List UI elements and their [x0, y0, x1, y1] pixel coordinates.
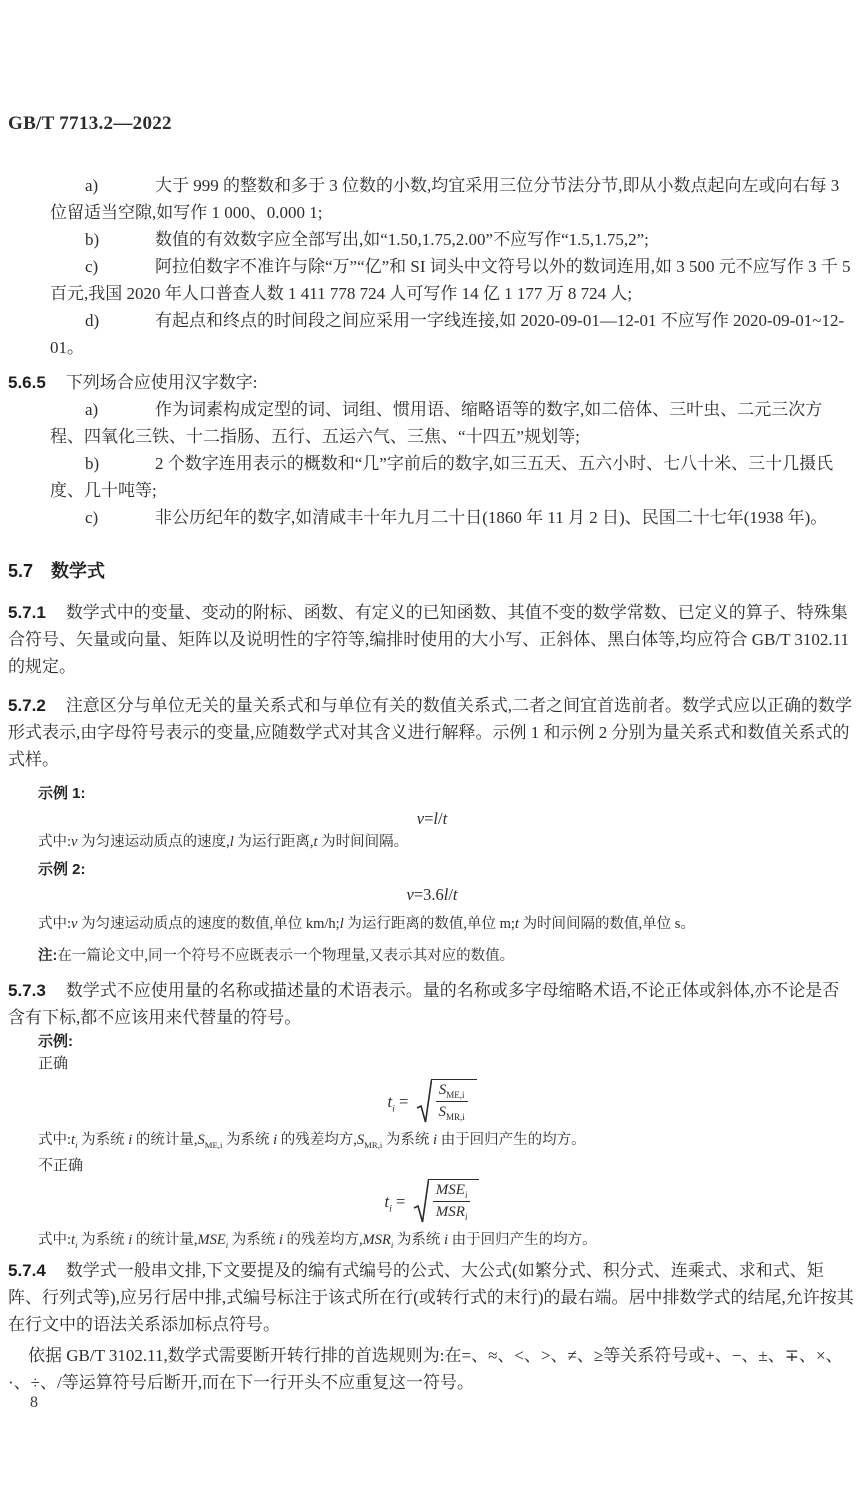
clause-number: 5.7.4: [8, 1261, 46, 1280]
fraction-denominator: SMR,i: [436, 1102, 468, 1121]
fraction-numerator: MSEi: [433, 1182, 471, 1202]
radicand: MSEi MSRi: [428, 1179, 480, 1221]
incorrect-label: 不正确: [38, 1155, 856, 1177]
square-root-expression: MSEi MSRi: [413, 1179, 479, 1225]
list-item-text: 作为词素构成定型的词、词组、惯用语、缩略语等的数字,如二倍体、三叶虫、二元三次方…: [50, 400, 822, 446]
list-item-marker: c): [85, 253, 155, 280]
clause-5-7-2: 5.7.2注意区分与单位无关的量关系式和与单位有关的数值关系式,二者之间宜首选前…: [8, 692, 856, 773]
section-title: 数学式: [51, 561, 105, 581]
example-1-label: 示例 1:: [38, 783, 856, 805]
where-line-example-2: 式中:v 为匀速运动质点的速度的数值,单位 km/h;l 为运行距离的数值,单位…: [38, 913, 856, 935]
fraction-denominator: MSRi: [433, 1202, 471, 1221]
chinese-numeral-rules-list: a)作为词素构成定型的词、词组、惯用语、缩略语等的数字,如二倍体、三叶虫、二元三…: [8, 396, 856, 531]
clause-5-7-4-paragraph-2: 依据 GB/T 3102.11,数学式需要断开转行排的首选规则为:在=、≈、<、…: [8, 1342, 856, 1396]
note-line: 注:在一篇论文中,同一个符号不应既表示一个物理量,又表示其对应的数值。: [38, 945, 856, 967]
formula-correct: ti = SME,i SMR,i: [8, 1079, 856, 1125]
clause-number: 5.7.2: [8, 696, 46, 715]
clause-number: 5.6.5: [8, 373, 46, 392]
list-item-marker: a): [85, 172, 155, 199]
list-item-text: 非公历纪年的数字,如清咸丰十年九月二十日(1860 年 11 月 2 日)、民国…: [155, 508, 827, 527]
document-page: GB/T 7713.2—2022 a)大于 999 的整数和多于 3 位数的小数…: [0, 0, 866, 1501]
example-label: 示例:: [38, 1031, 856, 1053]
list-item-marker: a): [85, 396, 155, 423]
where-line-incorrect: 式中:ti 为系统 i 的统计量,MSEi 为系统 i 的残差均方,MSRi 为…: [38, 1229, 856, 1251]
formula-lhs: ti =: [385, 1190, 406, 1214]
example-2-label: 示例 2:: [38, 859, 856, 881]
clause-5-6-5: 5.6.5下列场合应使用汉字数字:: [8, 369, 856, 396]
list-item: d)有起点和终点的时间段之间应采用一字线连接,如 2020-09-01—12-0…: [50, 307, 856, 361]
where-line-example-1: 式中:v 为匀速运动质点的速度,l 为运行距离,t 为时间间隔。: [38, 831, 856, 853]
list-item: a)作为词素构成定型的词、词组、惯用语、缩略语等的数字,如二倍体、三叶虫、二元三…: [50, 396, 856, 450]
note-label: 注:: [38, 948, 57, 964]
standard-code-header: GB/T 7713.2—2022: [8, 112, 856, 136]
list-item-marker: d): [85, 307, 155, 334]
list-item: a)大于 999 的整数和多于 3 位数的小数,均宜采用三位分节法分节,即从小数…: [50, 172, 856, 226]
clause-5-7-1: 5.7.1数学式中的变量、变动的附标、函数、有定义的已知函数、其值不变的数学常数…: [8, 599, 856, 680]
radicand: SME,i SMR,i: [431, 1079, 477, 1121]
formula-quantity-relation: v=l/t: [8, 807, 856, 831]
page-number: 8: [30, 1394, 38, 1412]
clause-text: 下列场合应使用汉字数字:: [66, 373, 258, 392]
note-text: 在一篇论文中,同一个符号不应既表示一个物理量,又表示其对应的数值。: [57, 948, 514, 964]
formula-numerical-relation: v=3.6l/t: [8, 883, 856, 907]
clause-text: 数学式一般串文排,下文要提及的编有式编号的公式、大公式(如繁分式、积分式、连乘式…: [8, 1261, 854, 1334]
list-item-marker: c): [85, 504, 155, 531]
arabic-numeral-rules-list: a)大于 999 的整数和多于 3 位数的小数,均宜采用三位分节法分节,即从小数…: [8, 172, 856, 361]
clause-text: 数学式中的变量、变动的附标、函数、有定义的已知函数、其值不变的数学常数、已定义的…: [8, 603, 849, 676]
clause-number: 5.7.3: [8, 981, 46, 1000]
list-item-text: 数值的有效数字应全部写出,如“1.50,1.75,2.00”不应写作“1.5,1…: [155, 230, 649, 249]
clause-text: 注意区分与单位无关的量关系式和与单位有关的数值关系式,二者之间宜首选前者。数学式…: [8, 696, 852, 769]
correct-label: 正确: [38, 1053, 856, 1075]
where-line-correct: 式中:ti 为系统 i 的统计量,SME,i 为系统 i 的残差均方,SMR,i…: [38, 1129, 856, 1151]
clause-5-7-3: 5.7.3数学式不应使用量的名称或描述量的术语表示。量的名称或多字母缩略术语,不…: [8, 977, 856, 1031]
fraction-numerator: SME,i: [436, 1082, 468, 1102]
list-item-text: 有起点和终点的时间段之间应采用一字线连接,如 2020-09-01—12-01 …: [50, 311, 844, 357]
clause-text: 数学式不应使用量的名称或描述量的术语表示。量的名称或多字母缩略术语,不论正体或斜…: [8, 981, 839, 1027]
square-root-expression: SME,i SMR,i: [416, 1079, 476, 1125]
formula-incorrect: ti = MSEi MSRi: [8, 1179, 856, 1225]
list-item: c)阿拉伯数字不准许与除“万”“亿”和 SI 词头中文符号以外的数词连用,如 3…: [50, 253, 856, 307]
section-heading-5-7: 5.7数学式: [8, 557, 856, 585]
list-item-marker: b): [85, 450, 155, 477]
list-item: c)非公历纪年的数字,如清咸丰十年九月二十日(1860 年 11 月 2 日)、…: [50, 504, 856, 531]
section-number: 5.7: [8, 561, 33, 581]
clause-number: 5.7.1: [8, 603, 46, 622]
formula-lhs: ti =: [387, 1090, 408, 1114]
list-item: b)数值的有效数字应全部写出,如“1.50,1.75,2.00”不应写作“1.5…: [50, 226, 856, 253]
list-item-text: 阿拉伯数字不准许与除“万”“亿”和 SI 词头中文符号以外的数词连用,如 3 5…: [50, 257, 851, 303]
list-item-text: 2 个数字连用表示的概数和“几”字前后的数字,如三五天、五六小时、七八十米、三十…: [50, 454, 833, 500]
list-item-text: 大于 999 的整数和多于 3 位数的小数,均宜采用三位分节法分节,即从小数点起…: [50, 176, 839, 222]
clause-5-7-4: 5.7.4数学式一般串文排,下文要提及的编有式编号的公式、大公式(如繁分式、积分…: [8, 1257, 856, 1338]
list-item: b)2 个数字连用表示的概数和“几”字前后的数字,如三五天、五六小时、七八十米、…: [50, 450, 856, 504]
list-item-marker: b): [85, 226, 155, 253]
